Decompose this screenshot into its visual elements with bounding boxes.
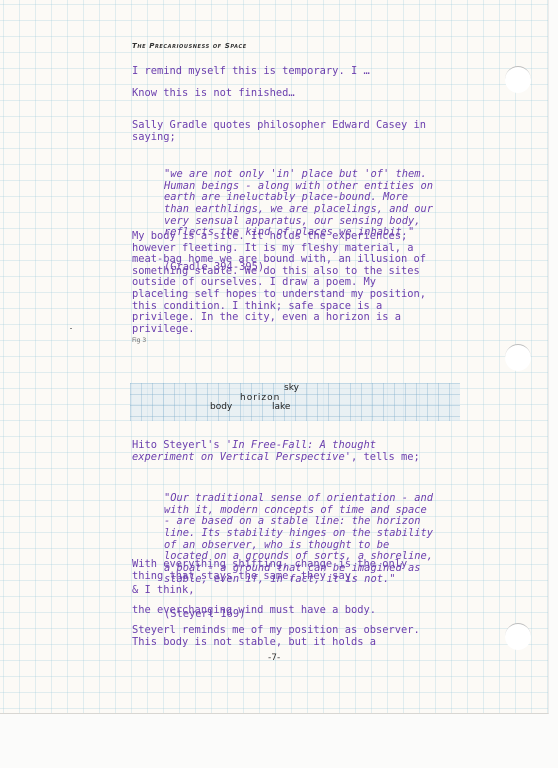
- paragraph-gradle-intro: Sally Gradle quotes philosopher Edward C…: [132, 120, 426, 143]
- quote-text: "we are not only 'in' place but 'of' the…: [164, 169, 433, 239]
- page-number: -7-: [268, 653, 280, 663]
- punch-hole-middle: [505, 344, 531, 371]
- scan-speck: [70, 328, 72, 329]
- paragraph-observer: Steyerl reminds me of my position as obs…: [132, 625, 420, 648]
- figure-word-sky: sky: [284, 383, 299, 393]
- running-title: The Precariousness of Space: [132, 42, 247, 50]
- figure-label: Fig 3: [132, 337, 146, 344]
- steyerl-suffix: ', tells me;: [345, 451, 420, 463]
- paragraph-not-finished: Know this is not finished…: [132, 88, 295, 100]
- figure-word-body: body: [210, 402, 232, 412]
- paragraph-body-site: My body is a site. It holds the experien…: [132, 231, 426, 335]
- punch-hole-top: [505, 66, 531, 93]
- punch-hole-bottom: [505, 623, 531, 650]
- paragraph-i-think: & I think,: [132, 585, 195, 597]
- paragraph-everything-shifting: With everything shifting, change is the …: [132, 559, 407, 582]
- paragraph-steyerl-intro: Hito Steyerl's 'In Free-Fall: A thought …: [132, 440, 420, 463]
- paragraph-temporary: I remind myself this is temporary. I …: [132, 66, 370, 78]
- steyerl-prefix: Hito Steyerl's ': [132, 439, 232, 451]
- paragraph-wind-body: the everchanging wind must have a body.: [132, 605, 376, 617]
- figure-word-lake: lake: [272, 402, 290, 412]
- graph-paper-page: The Precariousness of Space I remind mys…: [0, 0, 549, 714]
- block-quote-steyerl: "Our traditional sense of orientation - …: [164, 470, 433, 644]
